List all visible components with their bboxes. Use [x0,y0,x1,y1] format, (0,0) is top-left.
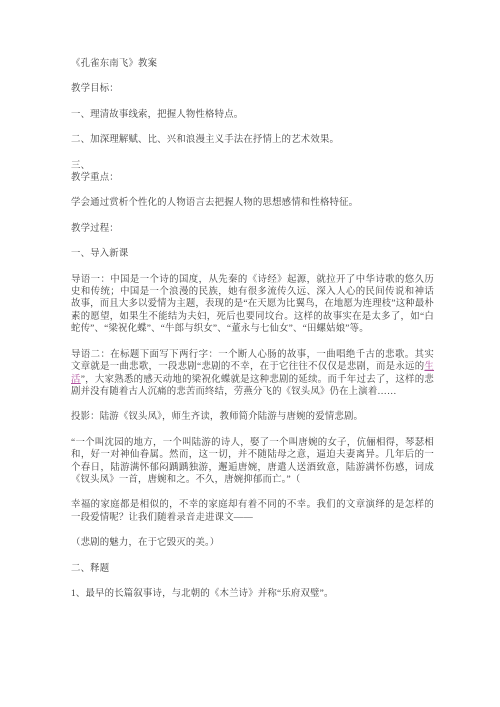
objective-item-1: 一、理清故事线索，把握人物性格特点。 [71,109,434,121]
objective-3-and-keypoints-heading: 三、 教学重点： [71,160,434,185]
lead-in-1-paragraph: 导语一：中国是一个诗的国度，从先秦的《诗经》起源，就拉开了中华诗歌的悠久历史和传… [71,274,434,336]
document-page: 《孔雀东南飞》教案 教学目标： 一、理清故事线索，把握人物性格特点。 二、加深理… [0,0,500,707]
key-points-heading: 教学重点： [71,172,434,184]
doc-title: 《孔雀东南飞》教案 [71,58,434,70]
key-points-body: 学会通过赏析个性化的人物语言去把握人物的思想感情和性格特征。 [71,197,434,209]
document-body: 《孔雀东南飞》教案 教学目标： 一、理清故事线索，把握人物性格特点。 二、加深理… [71,58,434,600]
lead-in-2-text-after: ”，大家熟悉的感天动地的梁祝化蝶就是这种悲剧的延续。而千年过去了，这样的悲剧并没… [71,375,434,397]
transition-paragraph: 幸福的家庭都是相似的，不幸的家庭却有着不同的不幸。我们的文章演绎的是怎样的一段爱… [71,499,434,524]
objective-item-3: 三、 [71,160,434,172]
section-1-heading: 一、导入新课 [71,248,434,260]
projection-line: 投影：陆游《钗头凤》，师生齐读，教师简介陆游与唐婉的爱情悲剧。 [71,411,434,423]
lead-in-2-paragraph: 导语二：在标题下面写下两行字：一个断人心肠的故事，一曲唱绝千古的悲歌。其实文章就… [71,349,434,399]
section-2-heading: 二、释题 [71,563,434,575]
explain-item-1: 1、最早的长篇叙事诗，与北朝的《木兰诗》并称“乐府双璧”。 [71,588,434,600]
objective-item-2: 二、加深理解赋、比、兴和浪漫主义手法在抒情上的艺术效果。 [71,134,434,146]
process-heading: 教学过程： [71,223,434,235]
lead-in-2-text-before: 导语二：在标题下面写下两行字：一个断人心肠的故事，一曲唱绝千古的悲歌。其实文章就… [71,350,434,372]
objectives-heading: 教学目标： [71,83,434,95]
tragedy-note: （悲剧的魅力，在于它毁灭的美。） [71,537,434,549]
story-quote-paragraph: “一个叫沈园的地方，一个叫陆游的诗人，娶了一个叫唐婉的女子，伉俪相得，琴瑟相和，… [71,437,434,487]
